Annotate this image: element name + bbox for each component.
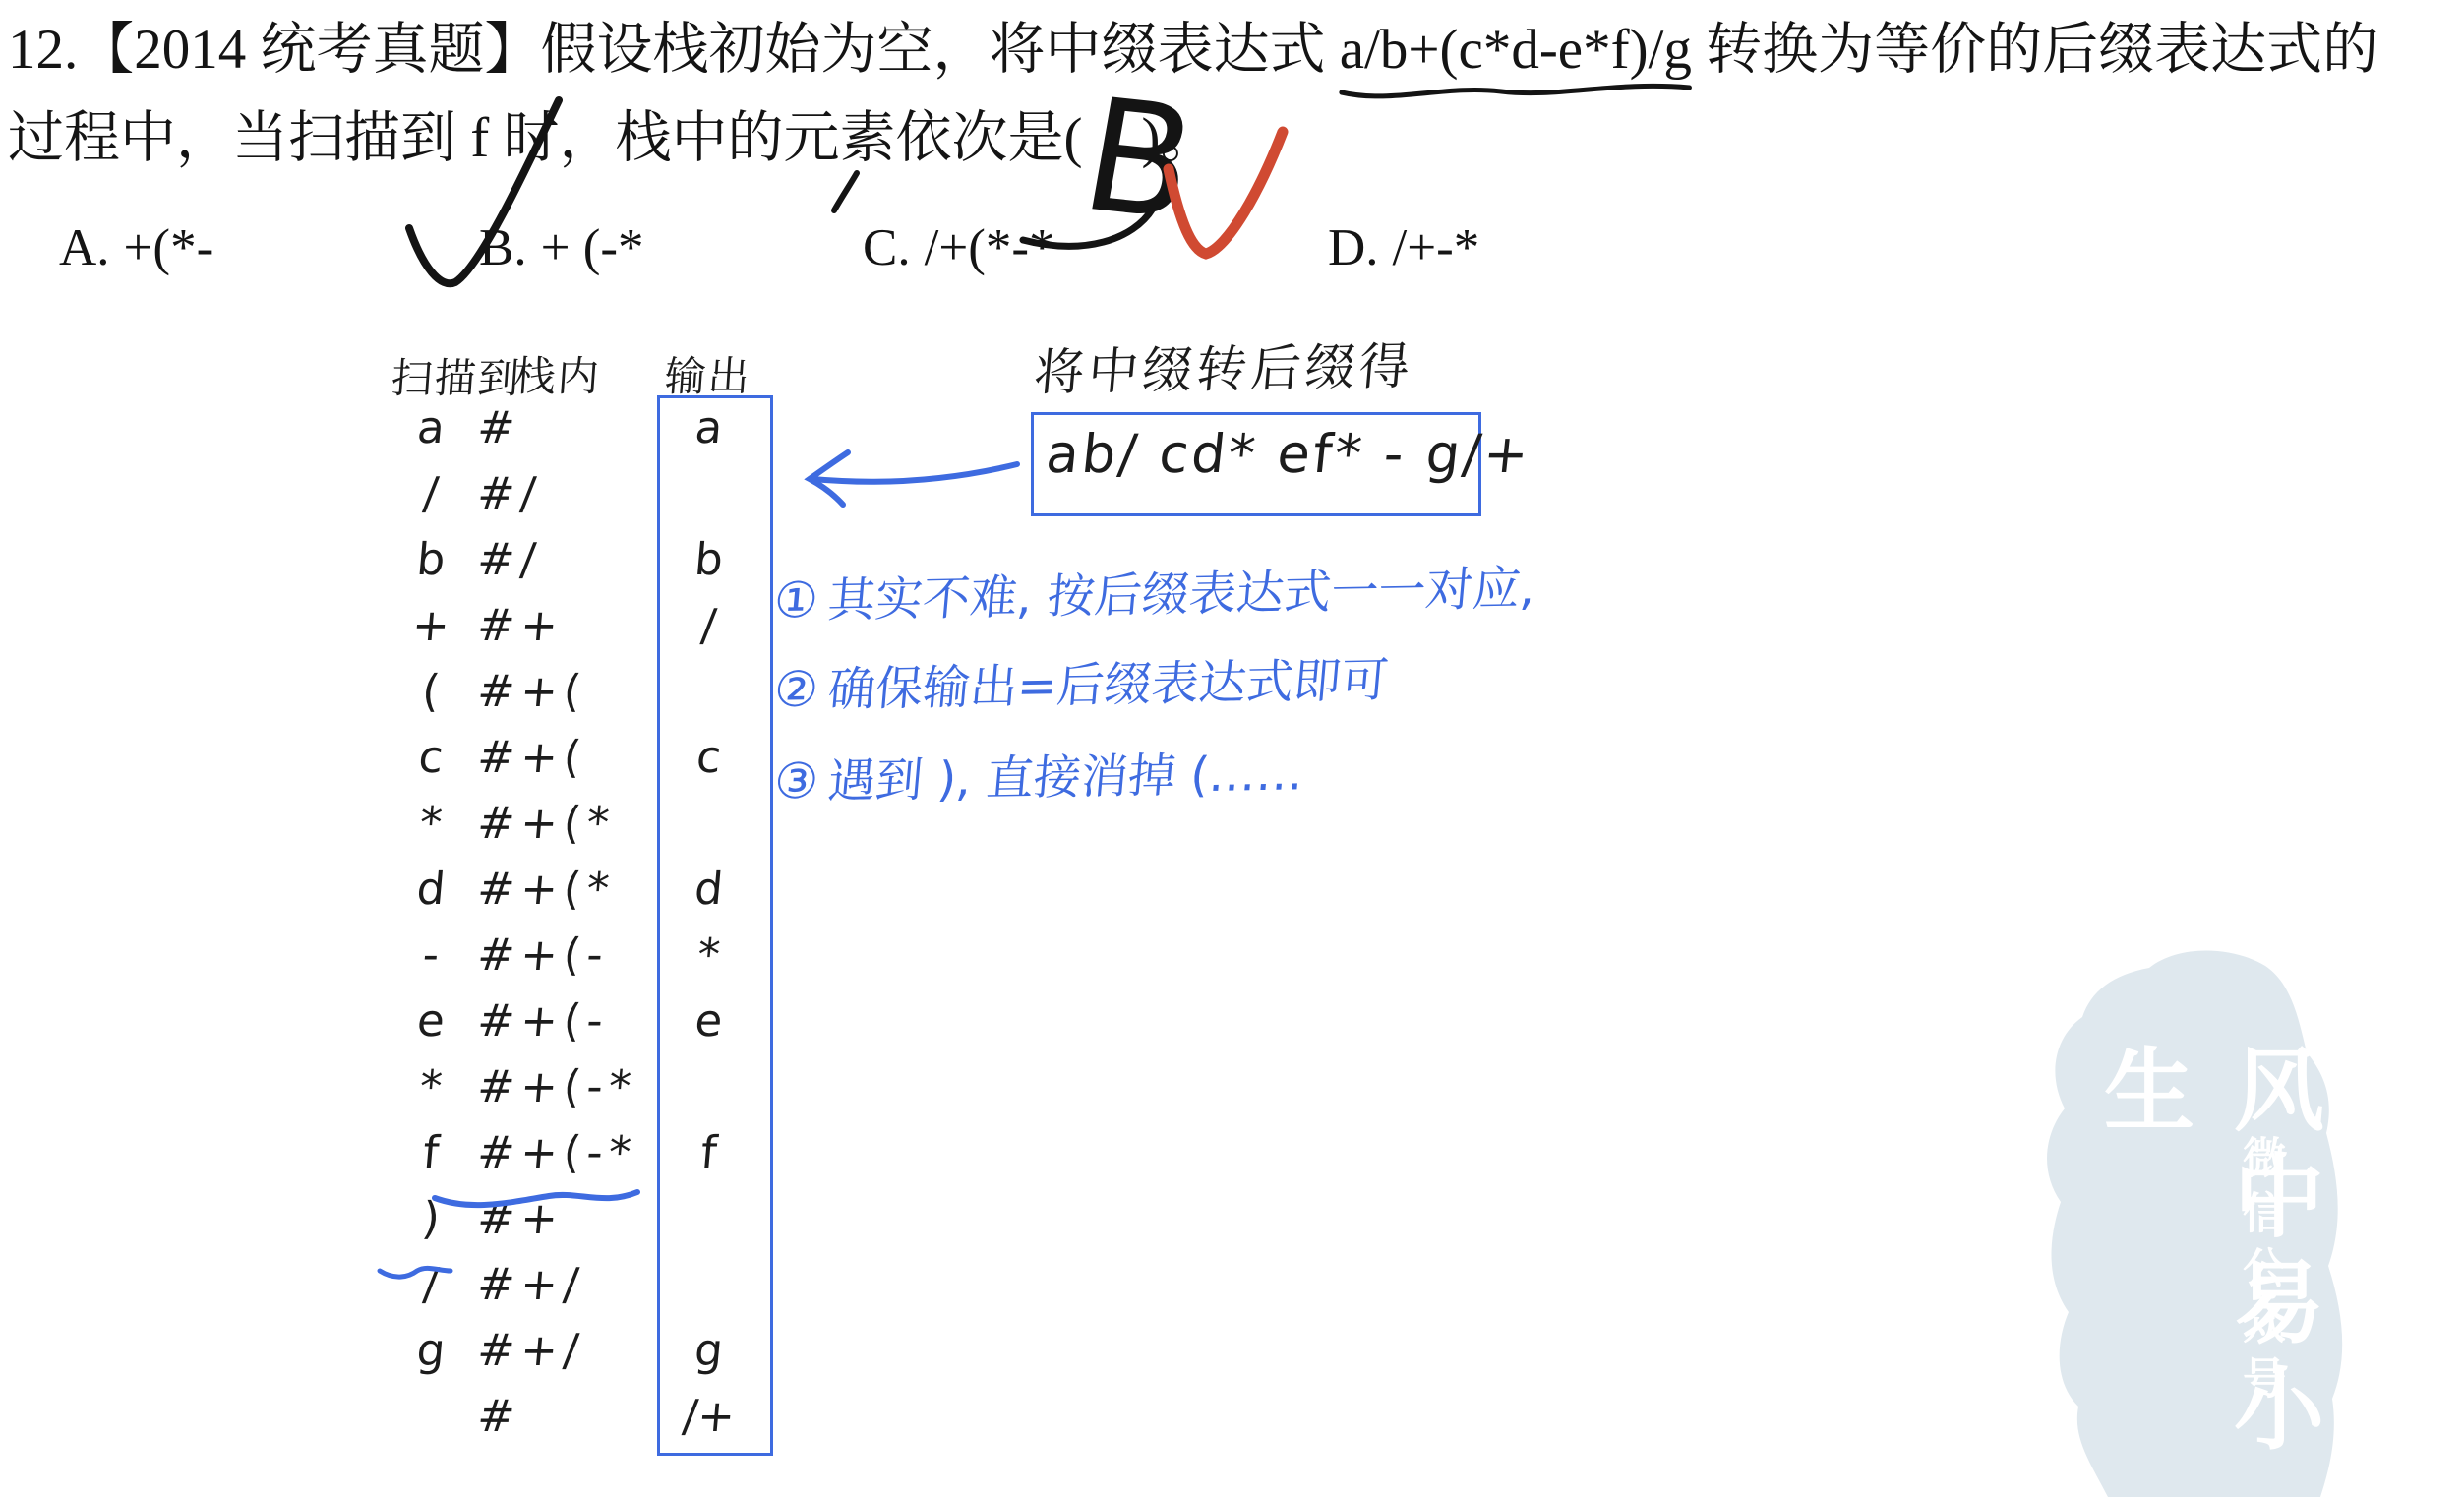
question-line1-suffix: 转换为等价的后缀表达式的 xyxy=(1692,19,2378,81)
option-c: C./+(*-* xyxy=(863,218,1055,277)
output-content: * xyxy=(646,928,770,994)
stack-content: #+(- xyxy=(474,928,652,994)
stack-trace-table: a#a /#/ b#/b +#+/ (#+( c#+(c *#+(* d#+(*… xyxy=(384,401,767,1456)
output-content: c xyxy=(646,731,770,797)
output-content xyxy=(646,665,770,731)
output-content: /+ xyxy=(646,1390,770,1456)
infix-expression: a/b+(c*d-e*f)/g xyxy=(1340,14,1692,87)
stack-content: #+/ xyxy=(474,1324,652,1390)
black-wavy-underline xyxy=(1336,77,1695,102)
stack-content: # xyxy=(474,1390,652,1456)
output-content xyxy=(646,467,770,533)
stack-content: #+(- xyxy=(474,994,652,1060)
output-content xyxy=(646,1192,770,1258)
output-content: e xyxy=(646,994,770,1060)
option-b: B.+ (-* xyxy=(479,218,644,277)
infix-expression-text: a/b+(c*d-e*f)/g xyxy=(1340,19,1692,81)
stack-content: #/ xyxy=(474,533,652,599)
output-content: g xyxy=(646,1324,770,1390)
scan-char: ) xyxy=(381,1192,480,1258)
watermark-label-text: 微信公众号 xyxy=(2228,1135,2291,1410)
option-a: A.+(*- xyxy=(59,218,213,277)
stack-content: #+(* xyxy=(474,797,652,863)
question-line2-prefix: 过程中，当扫描到 f 时，栈中的元素依次是( xyxy=(8,107,1082,169)
output-content: a xyxy=(646,401,770,467)
watermark: 风中易小生 微信公众号 xyxy=(1982,927,2415,1497)
black-slash-mark xyxy=(834,173,857,210)
scan-char: c xyxy=(381,731,480,797)
output-content: f xyxy=(646,1126,770,1192)
output-content xyxy=(646,1258,770,1324)
option-c-value: /+(*-* xyxy=(925,219,1055,276)
scan-char: ( xyxy=(381,665,480,731)
output-content xyxy=(646,797,770,863)
scan-char: f xyxy=(381,1126,480,1192)
blue-note-3-text: 遇到 ), 直接消掉 (…… xyxy=(826,746,1306,808)
option-d-value: /+-* xyxy=(1393,219,1480,276)
stack-content: #+(* xyxy=(474,863,652,928)
table-header-stack: 栈内 xyxy=(512,344,603,403)
option-b-value: + (-* xyxy=(541,219,644,276)
scan-char: / xyxy=(381,467,480,533)
circled-number-3: ③ xyxy=(772,752,821,810)
table-header-output: 输出 xyxy=(663,344,753,403)
circled-number-1: ① xyxy=(772,571,821,629)
stack-content: #+(-* xyxy=(474,1060,652,1126)
page: { "question": { "line1_prefix": "12.【201… xyxy=(0,0,2464,1497)
blue-note-2-text: 确保输出=后缀表达式即可 xyxy=(826,653,1391,718)
output-content: d xyxy=(646,863,770,928)
stack-content: #+(-* xyxy=(474,1126,652,1192)
postfix-result-text: ab/ cd* ef* - g/+ xyxy=(1044,423,1534,485)
scan-char: - xyxy=(381,928,480,994)
scan-char: * xyxy=(381,1060,480,1126)
blue-note-3: ③遇到 ), 直接消掉 (…… xyxy=(772,735,1307,811)
scan-char: / xyxy=(381,1258,480,1324)
output-content: / xyxy=(646,599,770,665)
blue-note-1-text: 其实不难, 按后缀表达式一一对应, xyxy=(825,561,1537,629)
stack-content: #+/ xyxy=(474,1258,652,1324)
question-line2: 过程中，当扫描到 f 时，栈中的元素依次是()。 xyxy=(8,102,1216,175)
stack-content: #+ xyxy=(474,1192,652,1258)
scan-char: e xyxy=(381,994,480,1060)
scan-char: * xyxy=(381,797,480,863)
scan-char: g xyxy=(381,1324,480,1390)
option-b-label: B. xyxy=(479,219,527,276)
blue-arrow-left xyxy=(810,452,1017,505)
stack-content: # xyxy=(474,401,652,467)
table-header-scan: 扫描到 xyxy=(390,346,523,405)
scan-char: a xyxy=(381,401,480,467)
stack-content: #+( xyxy=(474,731,652,797)
option-d: D./+-* xyxy=(1328,218,1479,277)
blue-note-2: ②确保输出=后缀表达式即可 xyxy=(771,642,1391,721)
option-a-value: +(*- xyxy=(124,219,214,276)
note-title: 将中缀转后缀得 xyxy=(1031,326,1416,405)
output-content: b xyxy=(646,533,770,599)
stack-content: #/ xyxy=(474,467,652,533)
option-a-label: A. xyxy=(59,219,110,276)
watermark-brand-text: 风中易小生 xyxy=(2076,1043,2336,1497)
blue-note-1: ①其实不难, 按后缀表达式一一对应, xyxy=(771,550,1538,630)
scan-char: + xyxy=(381,599,480,665)
output-content xyxy=(646,1060,770,1126)
circled-number-2: ② xyxy=(772,661,821,719)
stack-content: #+ xyxy=(474,599,652,665)
scan-char: b xyxy=(381,533,480,599)
option-d-label: D. xyxy=(1328,219,1379,276)
scan-char xyxy=(381,1390,480,1456)
scan-char: d xyxy=(381,863,480,928)
option-c-label: C. xyxy=(863,219,911,276)
stack-content: #+( xyxy=(474,665,652,731)
